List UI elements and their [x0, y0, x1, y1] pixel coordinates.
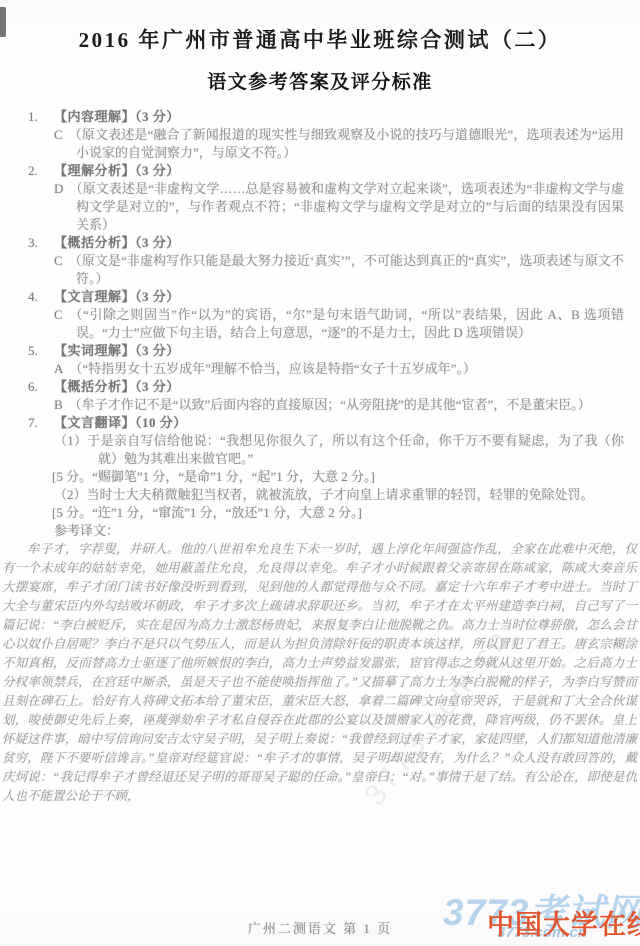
- answer-letter: C: [54, 253, 63, 268]
- item-heading: 【文言翻译】（10 分）: [54, 415, 187, 430]
- item-heading: 【概括分析】（3 分）: [54, 379, 180, 394]
- item-answer: C（“引除之则固当”作“以为”的宾语，“尔”是句末语气助词，“所以”表结果，因此…: [54, 306, 624, 342]
- answer-item-3: 3. 【概括分析】（3 分） C（原文是“非虚构写作只能是最大努力接近‘真实’”…: [0, 234, 640, 288]
- item-answer: D（原文表述是“非虚构文学……总是容易被和虚构文学对立起来谈”，选项表述为“非虚…: [54, 180, 624, 234]
- item-answer: B（牟子才作记不是“以致”后面内容的直接原因；“从旁阻挠”的是其他“宦者”，不是…: [54, 396, 624, 414]
- scoring-note-1: [5 分。“赐御笔”1 分，“是命”1 分，“起”1 分，大意 2 分。]: [52, 468, 624, 486]
- item-answer: A（“特指男女十五岁成年”理解不恰当，应该是特指“女子十五岁成年”。）: [54, 360, 624, 378]
- answer-item-6: 6. 【概括分析】（3 分） B（牟子才作记不是“以致”后面内容的直接原因；“从…: [0, 378, 640, 414]
- reference-translation-text: 牟子才，字荐叟，井研人。他的八世祖牟允良生下未一岁时，遇上淳化年间强盗作乱，全家…: [2, 540, 637, 806]
- answer-letter: B: [54, 397, 63, 412]
- item-heading-line: 6. 【概括分析】（3 分）: [54, 378, 624, 396]
- scan-edge-artifact: [0, 7, 6, 37]
- answer-letter: A: [54, 361, 63, 376]
- answer-explanation: （原文是“非虚构写作只能是最大努力接近‘真实’”，不可能达到真正的“真实”，选项…: [69, 253, 624, 286]
- answer-item-7: 7. 【文言翻译】（10 分） （1）于是亲自写信给他说：“我想见你很久了，所以…: [0, 414, 640, 522]
- answer-letter: C: [54, 127, 63, 142]
- answer-explanation: （“特指男女十五岁成年”理解不恰当，应该是特指“女子十五岁成年”。）: [69, 361, 476, 376]
- reference-translation-label: 参考译文：: [0, 522, 640, 540]
- answer-item-1: 1. 【内容理解】（3 分） C（原文表述是“融合了新闻报道的现实性与细致观察及…: [0, 108, 640, 162]
- answer-explanation: （牟子才作记不是“以致”后面内容的直接原因；“从旁阻挠”的是其他“宦者”，不是董…: [69, 397, 591, 412]
- item-heading: 【文言理解】（3 分）: [54, 289, 180, 304]
- answer-letter: D: [54, 181, 63, 196]
- item-number: 3.: [28, 234, 38, 252]
- answer-sheet: 1. 【内容理解】（3 分） C（原文表述是“融合了新闻报道的现实性与细致观察及…: [0, 108, 640, 806]
- answer-letter: C: [54, 307, 63, 322]
- item-heading: 【实词理解】（3 分）: [54, 343, 180, 358]
- item-heading-line: 3. 【概括分析】（3 分）: [54, 234, 624, 252]
- answer-item-4: 4. 【文言理解】（3 分） C（“引除之则固当”作“以为”的宾语，“尔”是句末…: [0, 288, 640, 342]
- item-heading-line: 5. 【实词理解】（3 分）: [54, 342, 624, 360]
- answer-item-5: 5. 【实词理解】（3 分） A（“特指男女十五岁成年”理解不恰当，应该是特指“…: [0, 342, 640, 378]
- item-heading: 【内容理解】（3 分）: [54, 109, 180, 124]
- item-number: 4.: [28, 288, 38, 306]
- item-number: 2.: [28, 162, 38, 180]
- item-heading-line: 2. 【理解分析】（3 分）: [54, 162, 624, 180]
- item-number: 7.: [28, 414, 38, 432]
- item-heading: 【理解分析】（3 分）: [54, 163, 180, 178]
- item-number: 6.: [28, 378, 38, 396]
- answer-item-2: 2. 【理解分析】（3 分） D（原文表述是“非虚构文学……总是容易被和虚构文学…: [0, 162, 640, 234]
- item-heading-line: 1. 【内容理解】（3 分）: [54, 108, 624, 126]
- page-title: 2016 年广州市普通高中毕业班综合测试（二）: [0, 0, 640, 54]
- item-number: 1.: [28, 108, 38, 126]
- scanned-document-page: 2016 年广州市普通高中毕业班综合测试（二） 语文参考答案及评分标准 1. 【…: [0, 0, 640, 946]
- scoring-note-2: [5 分。“迕”1 分，“窜流”1 分，“放还”1 分，大意 2 分。]: [52, 504, 624, 522]
- item-heading-line: 7. 【文言翻译】（10 分）: [54, 414, 624, 432]
- translation-part-1: （1）于是亲自写信给他说：“我想见你很久了，所以有这个任命，你千万不要有疑虑，为…: [54, 432, 624, 468]
- item-heading-line: 4. 【文言理解】（3 分）: [54, 288, 624, 306]
- translation-part-2: （2）当时士大夫稍微触犯当权者，就被流放，子才向皇上请求重罪的轻罚，轻罪的免除处…: [54, 486, 624, 504]
- reference-translation: 参考译文： 牟子才，字荐叟，井研人。他的八世祖牟允良生下未一岁时，遇上淳化年间强…: [0, 522, 640, 806]
- answer-explanation: （原文表述是“非虚构文学……总是容易被和虚构文学对立起来谈”，选项表述为“非虚构…: [69, 181, 624, 232]
- item-number: 5.: [28, 342, 38, 360]
- item-heading: 【概括分析】（3 分）: [54, 235, 180, 250]
- page-subtitle: 语文参考答案及评分标准: [0, 67, 640, 94]
- item-answer: C（原文是“非虚构写作只能是最大努力接近‘真实’”，不可能达到真正的“真实”，选…: [54, 252, 624, 288]
- page-footer: 广州二测语文 第 1 页: [0, 918, 640, 937]
- item-answer: C（原文表述是“融合了新闻报道的现实性与细致观察及小说的技巧与道德眼光”，选项表…: [54, 126, 624, 162]
- answer-explanation: （“引除之则固当”作“以为”的宾语，“尔”是句末语气助词，“所以”表结果，因此 …: [69, 307, 624, 340]
- answer-explanation: （原文表述是“融合了新闻报道的现实性与细致观察及小说的技巧与道德眼光”，选项表述…: [69, 127, 624, 160]
